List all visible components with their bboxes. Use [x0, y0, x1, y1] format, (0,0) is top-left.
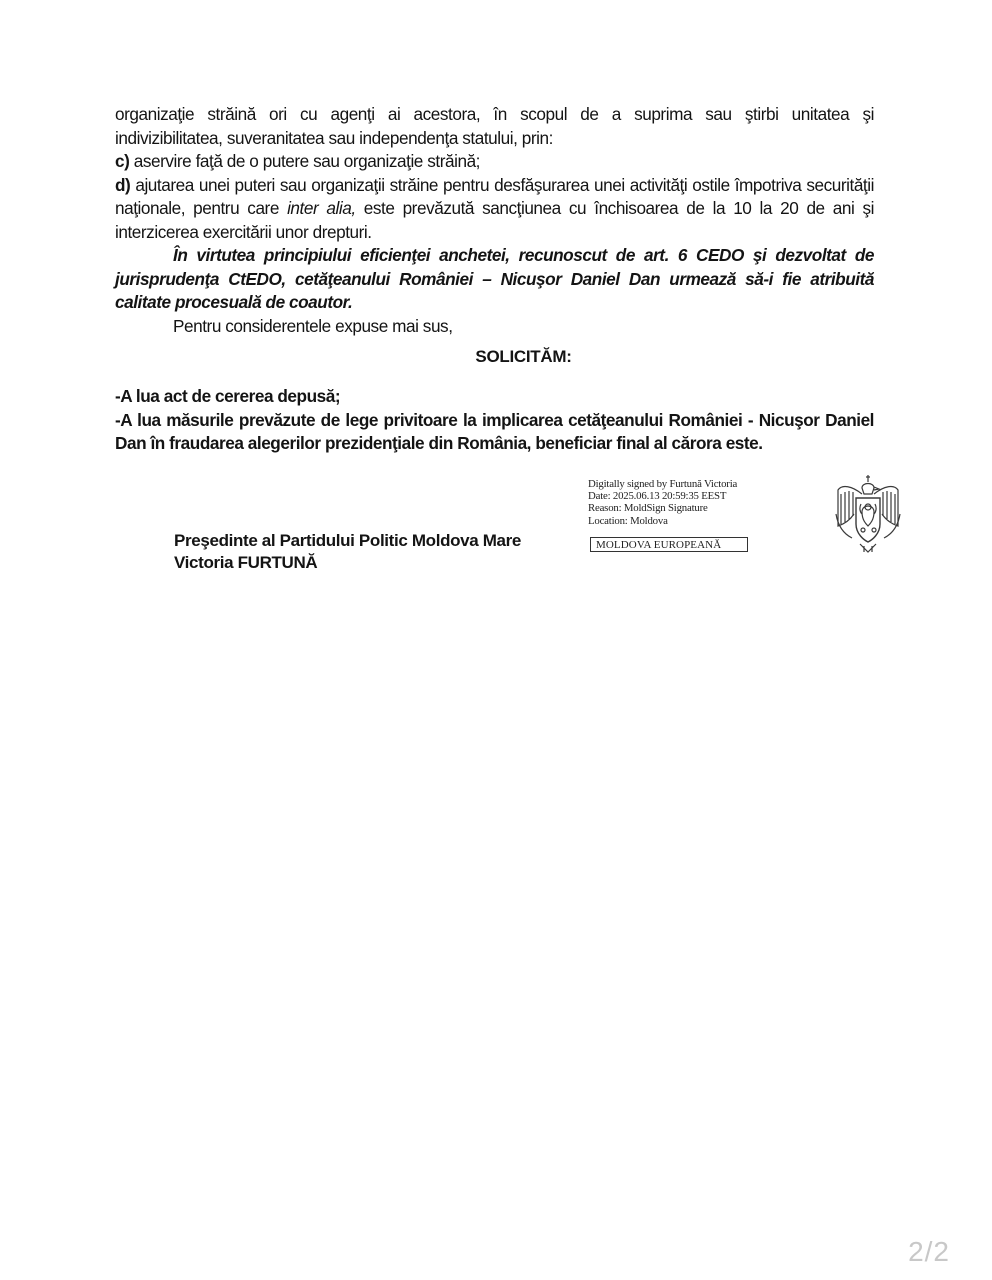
section-heading: SOLICITĂM:	[115, 347, 932, 367]
document-page: organizaţie străină ori cu agenţi ai ace…	[0, 0, 992, 1280]
list-item-text: aservire faţă de o putere sau organizaţi…	[129, 151, 480, 171]
latin-phrase: inter alia,	[287, 198, 356, 218]
signatory-name: Victoria FURTUNĂ	[174, 552, 521, 574]
signature-signer: Digitally signed by Furtună Victoria	[588, 478, 737, 490]
signature-date: Date: 2025.06.13 20:59:35 EEST	[588, 490, 737, 502]
signature-location: Location: Moldova	[588, 515, 737, 527]
list-item-d: d) ajutarea unei puteri sau organizaţii …	[115, 174, 874, 245]
digital-signature-block: Digitally signed by Furtună Victoria Dat…	[588, 478, 737, 527]
signature-stamp: MOLDOVA EUROPEANĂ	[590, 537, 748, 552]
signatory-block: Preşedinte al Partidului Politic Moldova…	[174, 530, 521, 574]
page-indicator: 2/2	[908, 1236, 950, 1268]
paragraph-line: indivizibilitatea, suveranitatea sau ind…	[115, 127, 874, 151]
paragraph-considerations: Pentru considerentele expuse mai sus,	[115, 315, 874, 339]
body-text-block: organizaţie străină ori cu agenţi ai ace…	[115, 103, 874, 338]
list-marker: c)	[115, 151, 129, 171]
paragraph-line: organizaţie străină ori cu agenţi ai ace…	[115, 103, 874, 127]
paragraph-coauthor: În virtutea principiului eficienţei anch…	[115, 244, 874, 315]
signatory-title: Preşedinte al Partidului Politic Moldova…	[174, 530, 521, 552]
request-item: -A lua măsurile prevăzute de lege privit…	[115, 409, 874, 456]
list-item-c: c) aservire faţă de o putere sau organiz…	[115, 150, 874, 174]
signature-reason: Reason: MoldSign Signature	[588, 502, 737, 514]
list-marker: d)	[115, 175, 130, 195]
moldova-coat-of-arms-icon	[832, 474, 904, 556]
request-item: -A lua act de cererea depusă;	[115, 385, 874, 409]
requests-list: -A lua act de cererea depusă; -A lua măs…	[115, 385, 874, 456]
